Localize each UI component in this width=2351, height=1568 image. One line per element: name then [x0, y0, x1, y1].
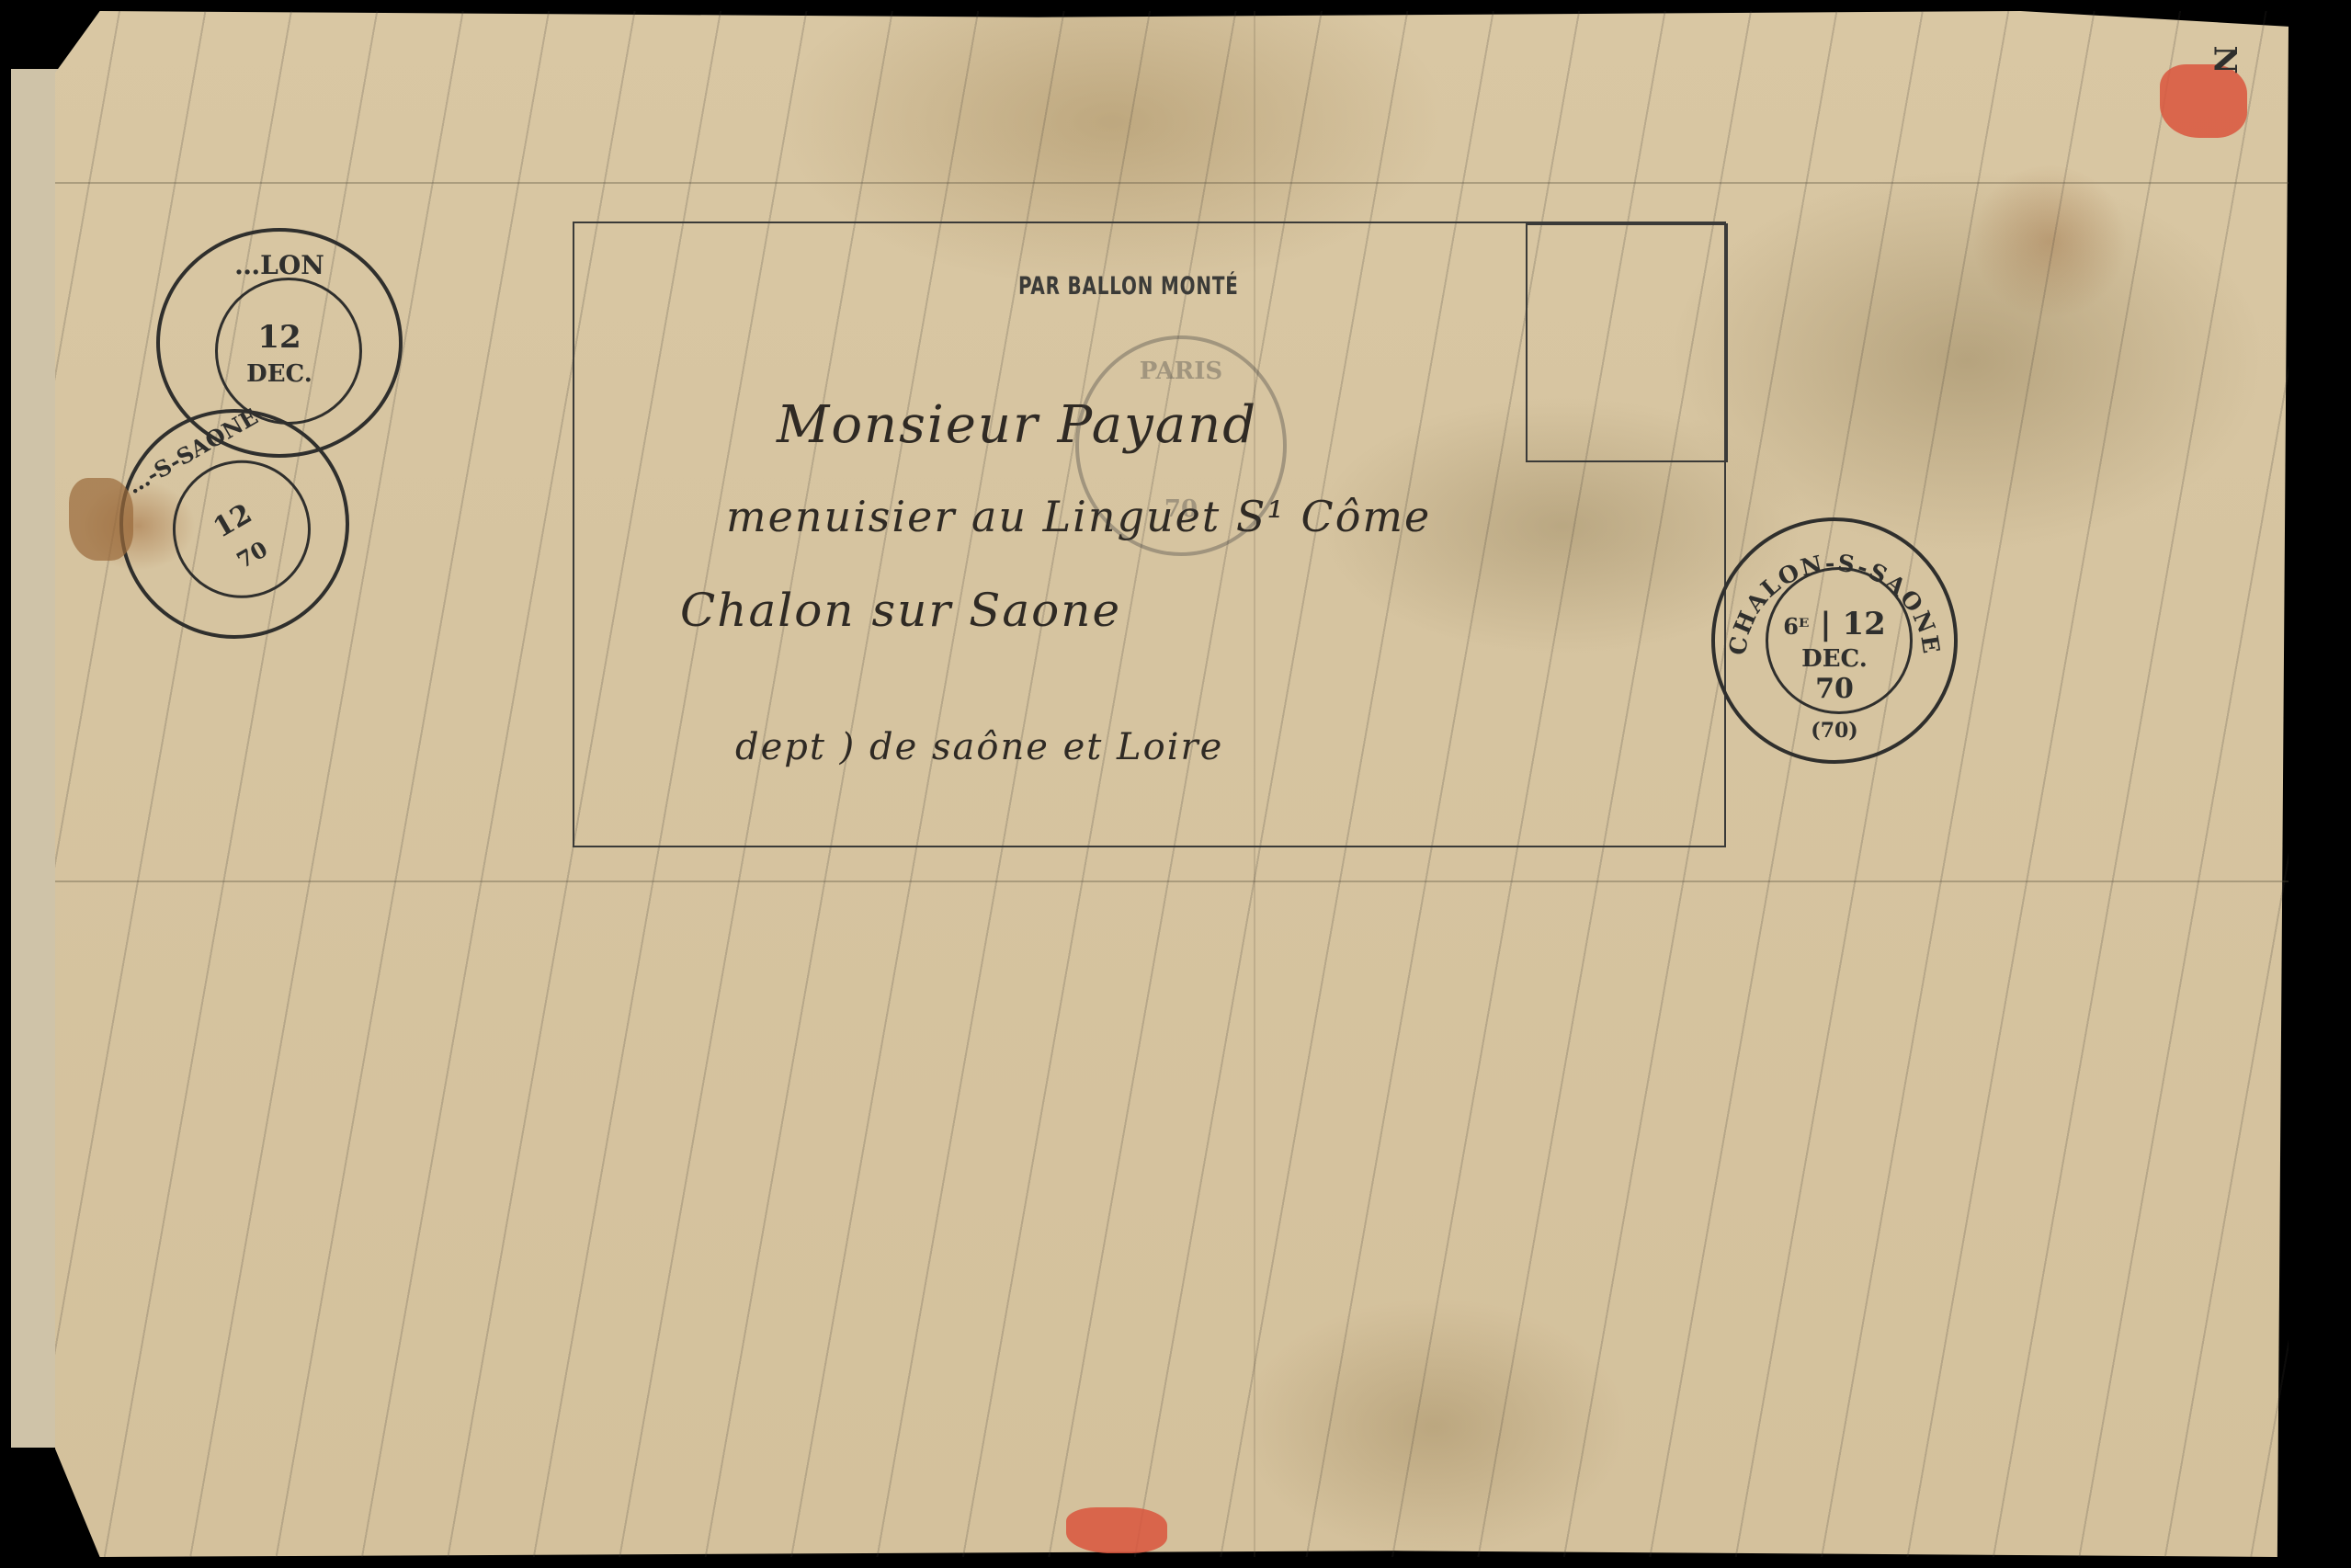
postmark-day: 12	[160, 319, 399, 356]
postmark-month: DEC.	[160, 360, 399, 388]
postmark-year: 70	[1079, 495, 1283, 523]
postmark-ring-text: PARIS	[1079, 358, 1283, 385]
postmark-day: 6ᴱ | 12	[1715, 606, 1954, 642]
fold-line-top	[55, 182, 2289, 184]
postmark-year: 70	[1715, 673, 1954, 705]
postmark-ring-text: …LON	[160, 250, 399, 280]
postmark-paris-faint: PARIS 70	[1075, 335, 1287, 556]
stamp-placement-box	[1526, 223, 1728, 462]
fold-line-middle	[55, 881, 2289, 882]
postmark-office-code: (70)	[1715, 719, 1954, 743]
address-line-4: dept ) de saône et Loire	[735, 726, 1223, 768]
stain-left	[69, 478, 133, 561]
printed-header: PAR BALLON MONTÉ	[1018, 272, 1239, 301]
postmark-chalon-sur-saone: CHALON-S-SAONE 6ᴱ | 12 DEC. 70 (70)	[1711, 517, 1958, 764]
address-line-3: Chalon sur Saone	[680, 584, 1121, 637]
postmark-month: DEC.	[1715, 645, 1954, 673]
wax-seal-top-right	[2160, 64, 2247, 138]
wax-seal-bottom	[1066, 1507, 1167, 1553]
corner-mark: N	[2207, 45, 2243, 74]
